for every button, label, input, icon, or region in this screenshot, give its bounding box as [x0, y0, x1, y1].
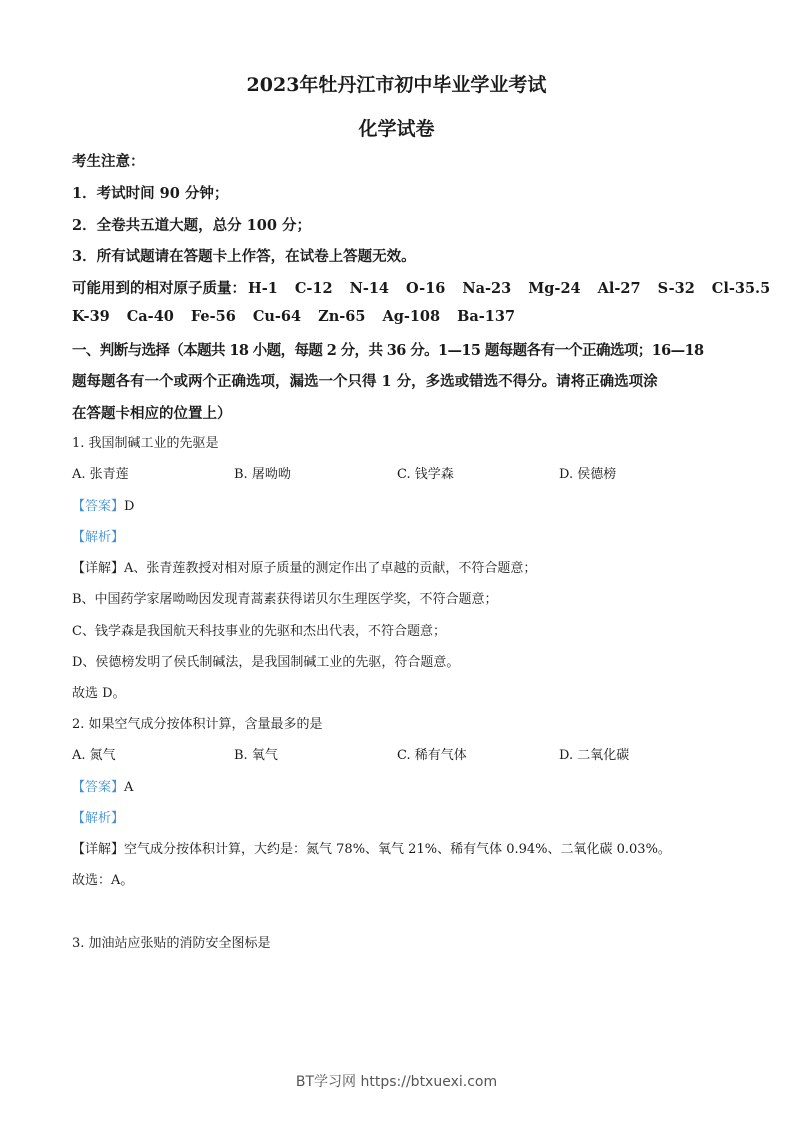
atomic-masses-row2: K-39Ca-40Fe-56Cu-64Zn-65Ag-108Ba-137: [72, 308, 532, 325]
option-d: D. 侯德榜: [559, 463, 616, 482]
option-a: A. 张青莲: [72, 463, 129, 482]
detail-line: 【详解】空气成分按体积计算，大约是：氮气 78%、氧气 21%、稀有气体 0.9…: [72, 838, 671, 857]
mass-item: S-32: [658, 280, 695, 297]
mass-item: N-14: [350, 280, 389, 297]
question-stem: 1. 我国制碱工业的先驱是: [72, 432, 219, 451]
detail-text: C、钱学森是我国航天科技事业的先驱和杰出代表，不符合题意；: [72, 620, 446, 639]
detail-text: B、中国药学家屠呦呦因发现青蒿素获得诺贝尔生理医学奖，不符合题意；: [72, 588, 498, 607]
answer-value: A: [124, 780, 133, 795]
mass-item: Ag-108: [382, 308, 440, 325]
section-instructions: 在答题卡相应的位置上）: [72, 402, 232, 423]
notice-item: 1．考试时间 90 分钟；: [72, 182, 228, 203]
notice-item: 3．所有试题请在答题卡上作答，在试卷上答题无效。: [72, 245, 416, 266]
answer-line: 【答案】D: [72, 495, 134, 514]
question-stem: 2. 如果空气成分按体积计算，含量最多的是: [72, 713, 323, 732]
detail-text: 空气成分按体积计算，大约是：氮气 78%、氧气 21%、稀有气体 0.94%、二…: [124, 842, 671, 857]
mass-item: Zn-65: [318, 308, 365, 325]
conclusion-text: 故选：A。: [72, 869, 133, 888]
atomic-masses-label: 可能用到的相对原子质量：: [72, 277, 246, 298]
answer-value: D: [124, 499, 134, 514]
exam-subtitle: 化学试卷: [0, 114, 793, 141]
answer-tag: 【答案】: [72, 780, 124, 795]
notice-item: 2．全卷共五道大题，总分 100 分；: [72, 214, 311, 235]
option-c: C. 稀有气体: [397, 744, 467, 763]
exam-page: 2023年牡丹江市初中毕业学业考试 化学试卷 考生注意： 1．考试时间 90 分…: [0, 0, 793, 1122]
mass-item: Ca-40: [127, 308, 174, 325]
analysis-tag: 【解析】: [72, 807, 124, 826]
mass-item: Al-27: [598, 280, 641, 297]
analysis-tag: 【解析】: [72, 526, 124, 545]
footer-watermark: BT学习网 https://btxuexi.com: [0, 1071, 793, 1091]
notice-heading: 考生注意：: [72, 150, 145, 171]
section-instructions: 题每题各有一个或两个正确选项，漏选一个只得 1 分，多选或错选不得分。请将正确选…: [72, 370, 658, 391]
conclusion-text: 故选 D。: [72, 682, 126, 701]
mass-item: Cu-64: [253, 308, 301, 325]
mass-item: C-12: [295, 280, 333, 297]
mass-item: Na-23: [462, 280, 511, 297]
detail-tag: 【详解】: [72, 842, 124, 857]
answer-line: 【答案】A: [72, 776, 133, 795]
exam-title: 2023年牡丹江市初中毕业学业考试: [0, 70, 793, 97]
detail-text: A、张青莲教授对相对原子质量的测定作出了卓越的贡献，不符合题意；: [124, 561, 536, 576]
atomic-masses-row1: 可能用到的相对原子质量：H-1C-12N-14O-16Na-23Mg-24Al-…: [72, 277, 770, 298]
mass-item: Mg-24: [528, 280, 580, 297]
mass-item: Fe-56: [191, 308, 236, 325]
option-b: B. 屠呦呦: [234, 463, 291, 482]
mass-item: O-16: [406, 280, 445, 297]
option-c: C. 钱学森: [397, 463, 454, 482]
mass-item: H-1: [248, 280, 278, 297]
question-stem: 3. 加油站应张贴的消防安全图标是: [72, 932, 271, 951]
option-a: A. 氮气: [72, 744, 116, 763]
mass-item: Ba-137: [457, 308, 515, 325]
option-b: B. 氧气: [234, 744, 278, 763]
detail-tag: 【详解】: [72, 561, 124, 576]
detail-text: D、侯德榜发明了侯氏制碱法，是我国制碱工业的先驱，符合题意。: [72, 651, 459, 670]
detail-line: 【详解】A、张青莲教授对相对原子质量的测定作出了卓越的贡献，不符合题意；: [72, 557, 536, 576]
option-d: D. 二氧化碳: [559, 744, 629, 763]
mass-item: K-39: [72, 308, 110, 325]
mass-item: Cl-35.5: [712, 280, 770, 297]
section-instructions: 一、判断与选择（本题共 18 小题，每题 2 分，共 36 分。1—15 题每题…: [72, 339, 704, 360]
answer-tag: 【答案】: [72, 499, 124, 514]
